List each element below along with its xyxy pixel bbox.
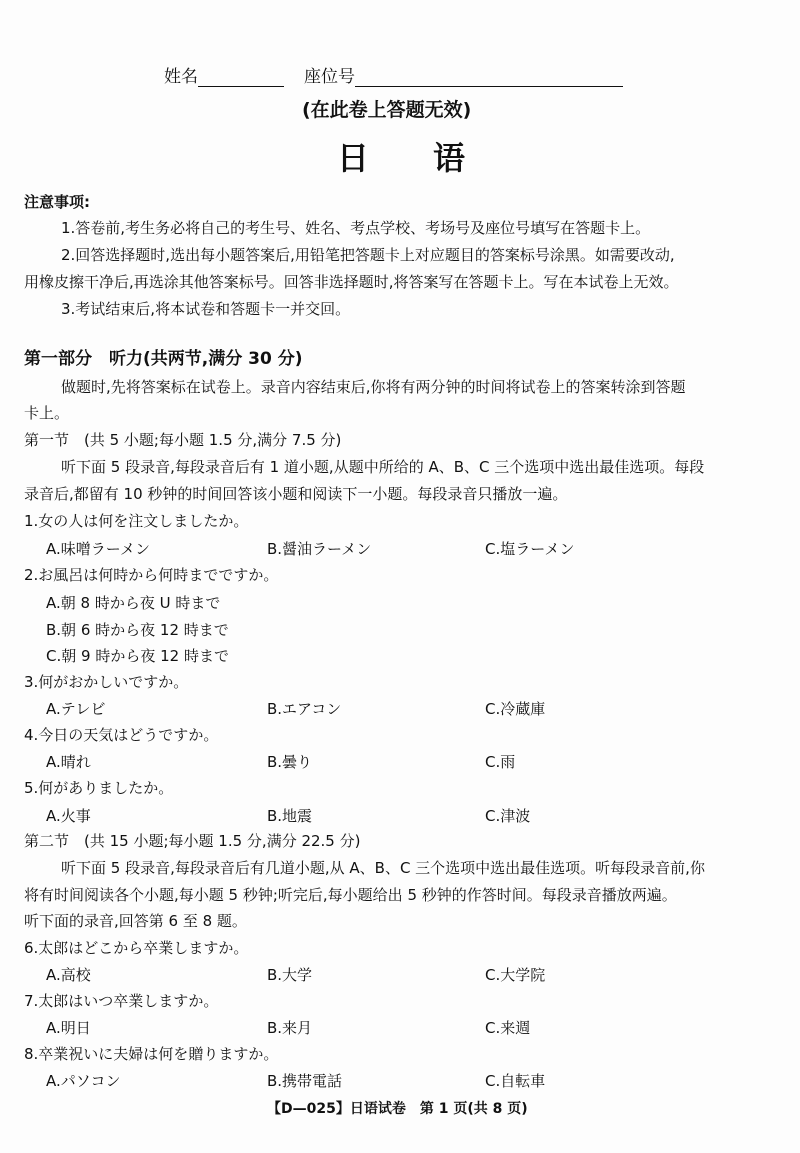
- question-8-option-b: B.携帯電話: [267, 1070, 342, 1091]
- question-1-option-b: B.醤油ラーメン: [267, 538, 371, 559]
- note-item-2-cont: 用橡皮擦干净后,再选涂其他答案标号。回答非选择题时,将答案写在答题卡上。写在本试…: [24, 272, 679, 292]
- subject-title: 日语: [337, 133, 529, 179]
- question-6-stem: 6.太郎はどこから卒業しますか。: [24, 938, 248, 958]
- question-6-option-c: C.大学院: [485, 964, 545, 985]
- question-5-stem: 5.何がありましたか。: [24, 778, 173, 798]
- question-3-option-b: B.エアコン: [267, 698, 341, 719]
- question-2-stem: 2.お風呂は何時から何時までですか。: [24, 565, 278, 585]
- question-4-stem: 4.今日の天気はどうですか。: [24, 725, 218, 745]
- question-5-option-c: C.津波: [485, 805, 530, 826]
- candidate-info-row: 姓名 座位号: [164, 62, 623, 87]
- invalid-answer-note: (在此卷上答题无效): [302, 95, 471, 122]
- question-3-option-a: A.テレビ: [46, 698, 105, 719]
- section2-instruction-2: 将有时间阅读各个小题,每小题 5 秒钟;听完后,每小题给出 5 秒钟的作答时间。…: [24, 885, 677, 905]
- note-item-3: 3.考试结束后,将本试卷和答题卡一并交回。: [61, 299, 350, 319]
- notes-title: 注意事项:: [24, 192, 90, 212]
- question-1-option-c: C.塩ラーメン: [485, 538, 575, 559]
- name-label: 姓名: [164, 62, 198, 87]
- question-6-option-b: B.大学: [267, 964, 312, 985]
- question-8-option-c: C.自転車: [485, 1070, 545, 1091]
- section2-instruction-3: 听下面的录音,回答第 6 至 8 题。: [24, 911, 247, 931]
- section1-instruction-1: 听下面 5 段录音,每段录音后有 1 道小题,从题中所给的 A、B、C 三个选项…: [61, 457, 704, 477]
- question-3-stem: 3.何がおかしいですか。: [24, 672, 188, 692]
- question-4-option-b: B.曇り: [267, 751, 312, 772]
- question-4-option-a: A.晴れ: [46, 751, 91, 772]
- section1-title: 第一节 (共 5 小题;每小题 1.5 分,满分 7.5 分): [24, 430, 341, 450]
- question-1-option-a: A.味噌ラーメン: [46, 538, 150, 559]
- seat-label: 座位号: [304, 62, 355, 87]
- part1-title: 第一部分 听力(共两节,满分 30 分): [24, 349, 303, 369]
- question-2-option-a: A.朝 8 時から夜 U 時まで: [46, 592, 220, 613]
- question-5-option-a: A.火事: [46, 805, 91, 826]
- question-4-option-c: C.雨: [485, 751, 515, 772]
- seat-number-field[interactable]: [355, 68, 623, 87]
- section2-instruction-1: 听下面 5 段录音,每段录音后有几道小题,从 A、B、C 三个选项中选出最佳选项…: [61, 858, 705, 878]
- name-field[interactable]: [198, 68, 284, 87]
- question-6-option-a: A.高校: [46, 964, 91, 985]
- question-7-option-c: C.来週: [485, 1017, 530, 1038]
- note-item-2: 2.回答选择题时,选出每小题答案后,用铅笔把答题卡上对应题目的答案标号涂黑。如需…: [61, 245, 675, 265]
- question-2-option-c: C.朝 9 時から夜 12 時まで: [46, 645, 229, 666]
- part1-instruction-1: 做题时,先将答案标在试卷上。录音内容结束后,你将有两分钟的时间将试卷上的答案转涂…: [61, 377, 686, 397]
- note-item-1: 1.答卷前,考生务必将自己的考生号、姓名、考点学校、考场号及座位号填写在答题卡上…: [61, 218, 650, 238]
- question-3-option-c: C.冷蔵庫: [485, 698, 545, 719]
- section2-title: 第二节 (共 15 小题;每小题 1.5 分,满分 22.5 分): [24, 831, 360, 851]
- question-1-stem: 1.女の人は何を注文しましたか。: [24, 511, 248, 531]
- question-2-option-b: B.朝 6 時から夜 12 時まで: [46, 619, 229, 640]
- question-7-option-b: B.来月: [267, 1017, 312, 1038]
- question-7-stem: 7.太郎はいつ卒業しますか。: [24, 991, 218, 1011]
- question-8-option-a: A.パソコン: [46, 1070, 120, 1091]
- part1-instruction-2: 卡上。: [24, 403, 69, 423]
- question-7-option-a: A.明日: [46, 1017, 91, 1038]
- exam-page: 姓名 座位号 (在此卷上答题无效) 日语 注意事项: 1.答卷前,考生务必将自己…: [0, 0, 800, 1153]
- question-8-stem: 8.卒業祝いに夫婦は何を贈りますか。: [24, 1044, 278, 1064]
- section1-instruction-2: 录音后,都留有 10 秒钟的时间回答该小题和阅读下一小题。每段录音只播放一遍。: [24, 484, 567, 504]
- page-footer: 【D—025】日语试卷 第 1 页(共 8 页): [267, 1098, 528, 1118]
- question-5-option-b: B.地震: [267, 805, 312, 826]
